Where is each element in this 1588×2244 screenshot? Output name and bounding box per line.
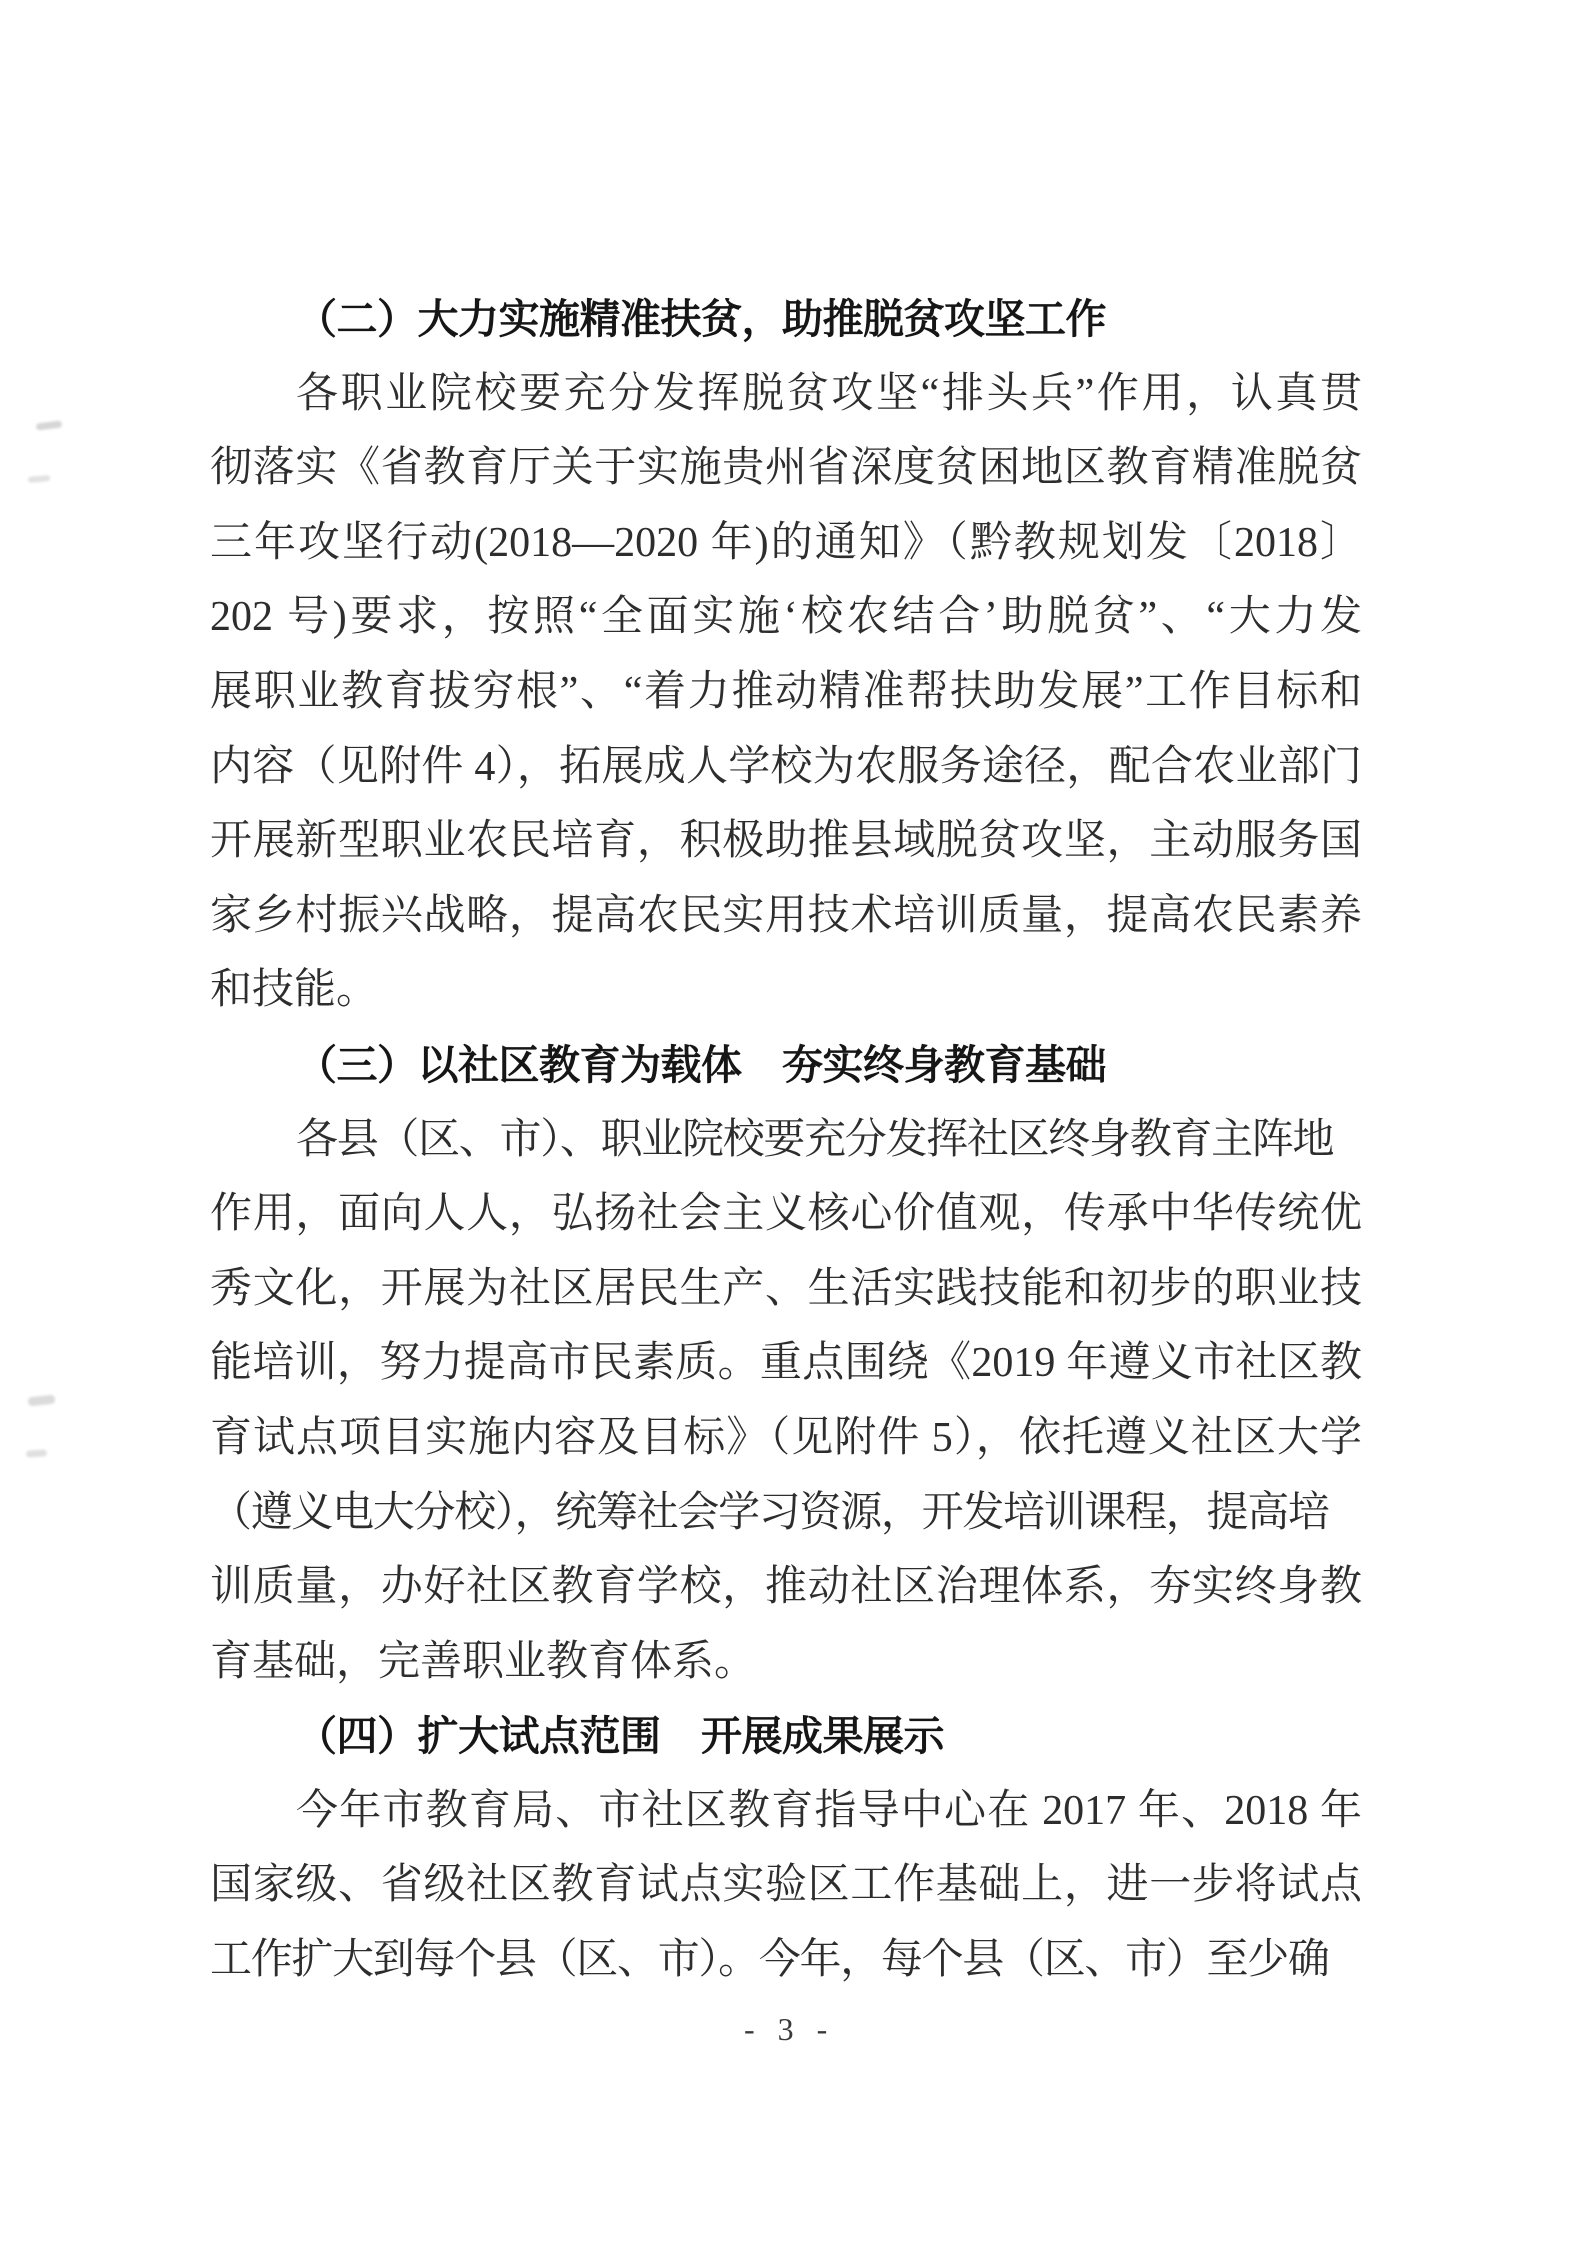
document-text-block: （二）大力实施精准扶贫，助推脱贫攻坚工作 各职业院校要充分发挥脱贫攻坚“排头兵”… — [210, 282, 1362, 1998]
section-heading-2: （二）大力实施精准扶贫，助推脱贫攻坚工作 — [210, 282, 1362, 357]
body-line: 作用，面向人人，弘扬社会主义核心价值观，传承中华传统优 — [210, 1177, 1362, 1252]
body-line: 开展新型职业农民培育，积极助推县域脱贫攻坚，主动服务国 — [210, 804, 1362, 879]
body-line: 内容（见附件 4），拓展成人学校为农服务途径，配合农业部门 — [210, 730, 1362, 805]
body-line: 训质量，办好社区教育学校，推动社区治理体系，夯实终身教 — [210, 1550, 1362, 1625]
section-heading-4: （四）扩大试点范围 开展成果展示 — [210, 1699, 1362, 1774]
body-line: （遵义电大分校），统筹社会学习资源，开发培训课程，提高培 — [210, 1476, 1362, 1551]
body-line: 育试点项目实施内容及目标》（见附件 5），依托遵义社区大学 — [210, 1401, 1362, 1476]
scan-smudge — [26, 1449, 47, 1457]
scan-smudge — [28, 1395, 56, 1407]
body-line: 育基础，完善职业教育体系。 — [210, 1625, 1362, 1700]
body-line: 能培训，努力提高市民素质。重点围绕《2019 年遵义市社区教 — [210, 1326, 1362, 1401]
body-line: 各职业院校要充分发挥脱贫攻坚“排头兵”作用，认真贯 — [210, 357, 1362, 432]
body-line: 展职业教育拔穷根”、“着力推动精准帮扶助发展”工作目标和 — [210, 655, 1362, 730]
body-line: 国家级、省级社区教育试点实验区工作基础上，进一步将试点 — [210, 1848, 1362, 1923]
body-line: 家乡村振兴战略，提高农民实用技术培训质量，提高农民素养 — [210, 879, 1362, 954]
page-number: - 3 - — [744, 2008, 832, 2050]
body-line: 今年市教育局、市社区教育指导中心在 2017 年、2018 年 — [210, 1774, 1362, 1849]
body-line: 彻落实《省教育厅关于实施贵州省深度贫困地区教育精准脱贫 — [210, 431, 1362, 506]
scan-smudge — [28, 475, 50, 483]
section-heading-3: （三）以社区教育为载体 夯实终身教育基础 — [210, 1028, 1362, 1103]
body-line: 202 号)要求，按照“全面实施‘校农结合’助脱贫”、“大力发 — [210, 580, 1362, 655]
body-line: 秀文化，开展为社区居民生产、生活实践技能和初步的职业技 — [210, 1252, 1362, 1327]
body-line: 和技能。 — [210, 953, 1362, 1028]
body-line: 工作扩大到每个县（区、市）。今年，每个县（区、市）至少确 — [210, 1923, 1362, 1998]
body-line: 各县（区、市）、职业院校要充分发挥社区终身教育主阵地 — [210, 1103, 1362, 1178]
scanned-document-page: （二）大力实施精准扶贫，助推脱贫攻坚工作 各职业院校要充分发挥脱贫攻坚“排头兵”… — [0, 0, 1588, 2244]
scan-smudge — [36, 420, 63, 430]
body-line: 三年攻坚行动(2018—2020 年)的通知》（黔教规划发〔2018〕 — [210, 506, 1362, 581]
